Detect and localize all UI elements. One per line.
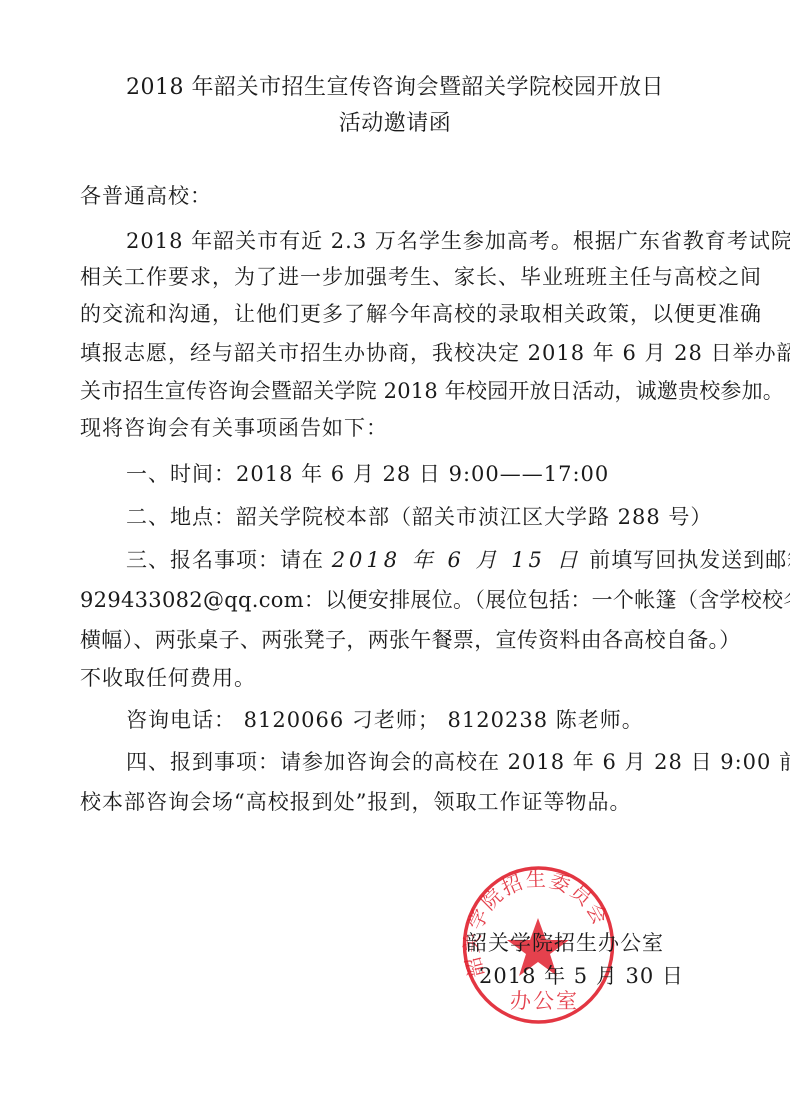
item-registration: 三、报名事项：请在 2018 年 6 月 15 日 前填写回执发送到邮箱 <box>126 546 766 574</box>
signature-date: 2018 年 5 月 30 日 <box>479 962 684 990</box>
document-subtitle: 活动邀请函 <box>0 110 790 138</box>
intro-line-5: 关市招生宣传咨询会暨韶关学院 2018 年校园开放日活动，诚邀贵校参加。 <box>80 377 720 405</box>
registration-deadline: 2018 年 6 月 15 日 <box>332 548 582 572</box>
consult-phone: 咨询电话： 8120066 刁老师； 8120238 陈老师。 <box>126 706 766 734</box>
registration-line-2: 929433082@qq.com：以便安排展位。（展位包括：一个帐篷（含学校校名 <box>80 586 720 614</box>
item-location: 二、地点：韶关学院校本部（韶关市浈江区大学路 288 号） <box>126 503 766 531</box>
registration-line-3: 横幅）、两张桌子、两张凳子，两张午餐票，宣传资料由各高校自备。） <box>80 626 720 654</box>
checkin-line-2: 校本部咨询会场“高校报到处”报到，领取工作证等物品。 <box>80 788 720 816</box>
intro-line-1: 2018 年韶关市有近 2.3 万名学生参加高考。根据广东省教育考试院 <box>126 227 712 255</box>
intro-line-3: 的交流和沟通，让他们更多了解今年高校的录取相关政策，以便更准确 <box>80 300 712 328</box>
seal-bottom-text: 办公室 <box>510 989 579 1013</box>
intro-line-4: 填报志愿，经与韶关市招生办协商，我校决定 2018 年 6 月 28 日举办韶 <box>80 339 712 367</box>
document-title: 2018 年韶关市招生宣传咨询会暨韶关学院校园开放日 <box>0 74 790 102</box>
salutation: 各普通高校： <box>80 182 720 210</box>
checkin-line-1: 四、报到事项：请参加咨询会的高校在 2018 年 6 月 28 日 9:00 前… <box>126 748 766 776</box>
intro-line-6: 现将咨询会有关事项函告如下： <box>80 414 720 442</box>
document-page: 2018 年韶关市招生宣传咨询会暨韶关学院校园开放日 活动邀请函 各普通高校： … <box>0 0 790 1118</box>
intro-line-2: 相关工作要求，为了进一步加强考生、家长、毕业班班主任与高校之间 <box>80 263 712 291</box>
signature-organization: 韶关学院招生办公室 <box>466 929 664 957</box>
registration-line-4: 不收取任何费用。 <box>80 664 720 692</box>
registration-suffix: 前填写回执发送到邮箱 <box>582 548 790 572</box>
registration-prefix: 三、报名事项：请在 <box>126 548 332 572</box>
item-time: 一、时间：2018 年 6 月 28 日 9:00——17:00 <box>126 460 766 488</box>
